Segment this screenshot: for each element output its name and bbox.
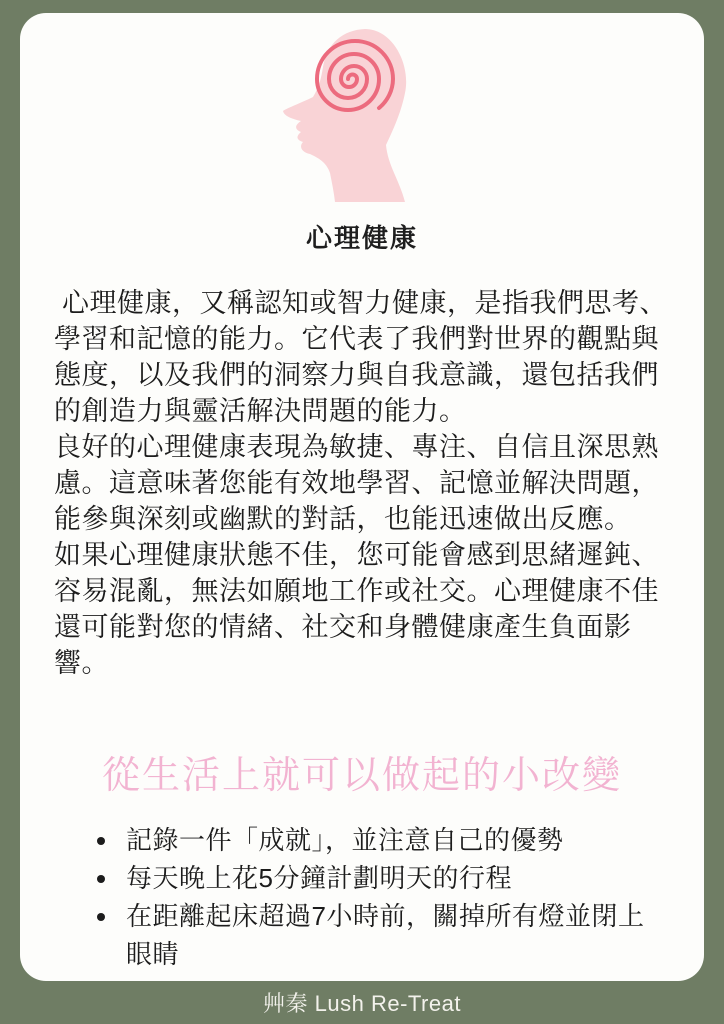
paragraph-definition: 心理健康，又稱認知或智力健康，是指我們思考、學習和記憶的能力。它代表了我們對世界… bbox=[54, 285, 670, 429]
footer-brand: 艸秦 Lush Re-Treat bbox=[0, 981, 724, 1024]
poster-page: 心理健康 心理健康，又稱認知或智力健康，是指我們思考、學習和記憶的能力。它代表了… bbox=[0, 0, 724, 1024]
tips-heading: 從生活上就可以做起的小改變 bbox=[20, 753, 704, 799]
tips-list: 記錄一件「成就」，並注意自己的優勢 每天晚上花5分鐘計劃明天的行程 在距離起床超… bbox=[80, 821, 664, 973]
content-card: 心理健康 心理健康，又稱認知或智力健康，是指我們思考、學習和記憶的能力。它代表了… bbox=[20, 13, 704, 981]
list-item-achievement: 記錄一件「成就」，並注意自己的優勢 bbox=[120, 821, 664, 859]
head-spiral-icon bbox=[277, 28, 447, 200]
paragraph-good-health: 良好的心理健康表現為敏捷、專注、自信且深思熟慮。這意味著您能有效地學習、記憶並解… bbox=[54, 429, 670, 537]
list-item-plan-tomorrow: 每天晚上花5分鐘計劃明天的行程 bbox=[120, 859, 664, 897]
page-title: 心理健康 bbox=[20, 222, 704, 254]
paragraph-poor-health: 如果心理健康狀態不佳，您可能會感到思緒遲鈍、容易混亂，無法如願地工作或社交。心理… bbox=[54, 537, 670, 681]
list-item-lights-off: 在距離起床超過7小時前，關掉所有燈並閉上眼睛 bbox=[120, 897, 664, 973]
body-text-block: 心理健康，又稱認知或智力健康，是指我們思考、學習和記憶的能力。它代表了我們對世界… bbox=[54, 285, 670, 681]
